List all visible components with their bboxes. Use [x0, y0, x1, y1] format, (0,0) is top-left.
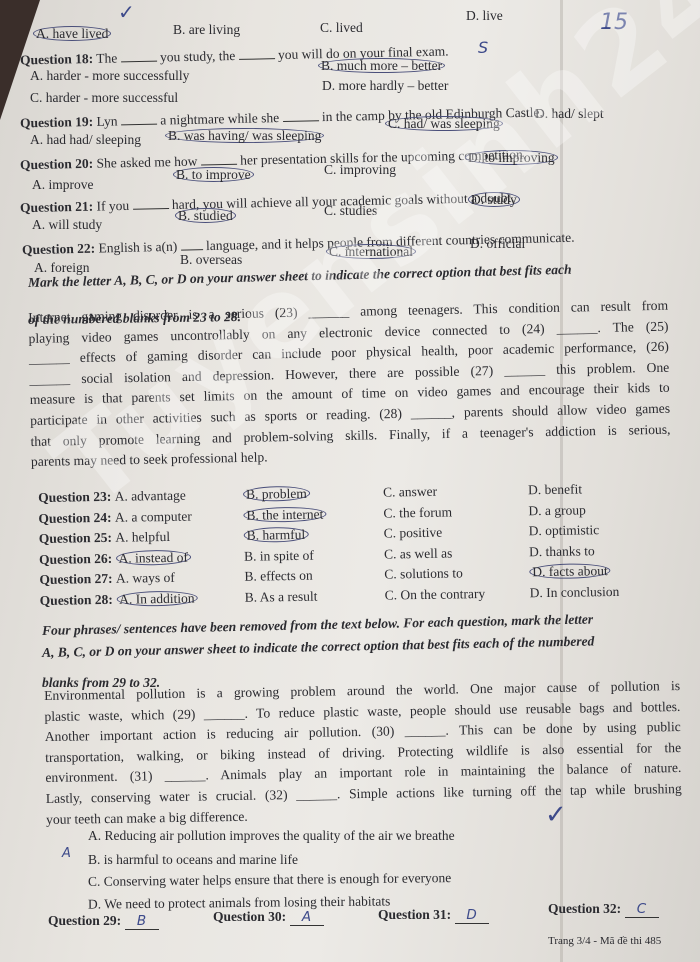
- answer-label: Question 31:: [378, 907, 455, 922]
- option-d: D. In conclusion: [530, 583, 620, 600]
- q19-option-d: D. had/ slept: [535, 106, 604, 122]
- option-c: C. the forum: [383, 504, 452, 521]
- question-label: Question 27: A. ways of: [39, 570, 175, 588]
- option-c: C. as well as: [384, 545, 452, 562]
- question-label: Question 23: A. advantage: [38, 488, 186, 506]
- answer-item: Question 32: C: [548, 901, 659, 918]
- q20-option-b: B. to improve: [173, 167, 254, 183]
- answer-value[interactable]: D: [455, 907, 489, 924]
- q17-option-d: D. live: [466, 8, 503, 24]
- option-b: B. effects on: [244, 568, 313, 585]
- q22-option-b: B. overseas: [180, 252, 242, 268]
- answer-value[interactable]: B: [125, 913, 159, 930]
- q20-option-a: A. improve: [32, 177, 94, 193]
- question-label: Question 24: A. a computer: [38, 508, 192, 526]
- option-b: B. the internet: [243, 506, 326, 522]
- handwritten-mark: S: [478, 38, 488, 57]
- q21-option-c: C. studies: [324, 203, 377, 219]
- option-c: C. solutions to: [384, 565, 463, 582]
- option-a: A. helpful: [115, 529, 170, 545]
- questions-23-28: Question 23: A. advantageB. problemC. an…: [38, 480, 660, 613]
- q18-option-c: C. harder - more successful: [30, 90, 178, 106]
- check-mark-icon: ✓: [118, 0, 135, 24]
- option-d: D. a group: [528, 502, 586, 519]
- option-d: D. facts about: [529, 563, 611, 579]
- pollution-passage: Environmental pollution is a growing pro…: [44, 676, 682, 830]
- question-label: Question 25: A. helpful: [39, 529, 171, 547]
- page-footer: Trang 3/4 - Mã đề thi 485: [548, 935, 661, 947]
- q21-option-d: D. study: [468, 192, 520, 208]
- q20-option-c: C. improving: [324, 162, 396, 178]
- q17-option-b: B. are living: [173, 22, 240, 38]
- answer-value[interactable]: A: [290, 909, 324, 926]
- option-b: B. As a result: [245, 588, 318, 605]
- answer-label: Question 30:: [213, 909, 290, 924]
- option-b: B. in spite of: [244, 547, 314, 564]
- option-d: D. thanks to: [529, 543, 595, 560]
- q21-option-b: B. studied: [175, 208, 236, 224]
- option-d: D. optimistic: [529, 522, 600, 539]
- q18-option-d: D. more hardly – better: [322, 78, 448, 94]
- q17-option-c: C. lived: [320, 20, 363, 36]
- check-mark-icon: ✓: [545, 800, 567, 830]
- answer-label: Question 32:: [548, 901, 625, 916]
- q21-option-a: A. will study: [32, 217, 102, 233]
- q20-option-d: D. to improving: [465, 150, 558, 166]
- q18-option-a: A. harder - more successfully: [30, 68, 189, 84]
- gaming-disorder-passage: Internet gaming disorder is a serious (2…: [28, 296, 671, 473]
- section3-option-b: B. is harmful to oceans and marine life: [88, 852, 298, 868]
- option-a: A. ways of: [116, 570, 175, 586]
- q19-option-b: B. was having/ was sleeping: [165, 128, 324, 144]
- section3-option-a: A. Reducing air pollution improves the q…: [88, 828, 455, 844]
- option-a: A. instead of: [115, 549, 191, 565]
- answer-item: Question 30: A: [213, 909, 324, 926]
- answer-label: Question 29:: [48, 913, 125, 928]
- option-b: B. problem: [243, 486, 310, 502]
- q22-option-c: C. international: [326, 244, 416, 260]
- q18-option-b: B. much more – better: [318, 58, 445, 74]
- option-c: C. answer: [383, 484, 437, 501]
- answer-value[interactable]: C: [625, 901, 659, 918]
- option-b: B. harmful: [244, 527, 309, 543]
- option-d: D. benefit: [528, 481, 582, 498]
- answer-item: Question 31: D: [378, 907, 489, 924]
- q19-option-c: C. had/ was sleeping: [385, 116, 503, 132]
- q19-option-a: A. had had/ sleeping: [30, 132, 141, 148]
- option-a: A. In addition: [116, 590, 198, 606]
- option-c: C. On the contrary: [385, 585, 486, 603]
- q17-option-a: A. have lived: [33, 26, 111, 42]
- option-a: A. a computer: [115, 508, 192, 524]
- handwritten-score: 15: [600, 10, 628, 35]
- answer-item: Question 29: B: [48, 913, 159, 930]
- handwritten-side-note: A: [62, 846, 71, 861]
- question-label: Question 26: A. instead of: [39, 549, 191, 567]
- question-label: Question 28: A. In addition: [40, 590, 198, 608]
- option-c: C. positive: [384, 525, 443, 542]
- q22-option-d: D. official: [470, 236, 525, 252]
- option-a: A. advantage: [115, 488, 186, 504]
